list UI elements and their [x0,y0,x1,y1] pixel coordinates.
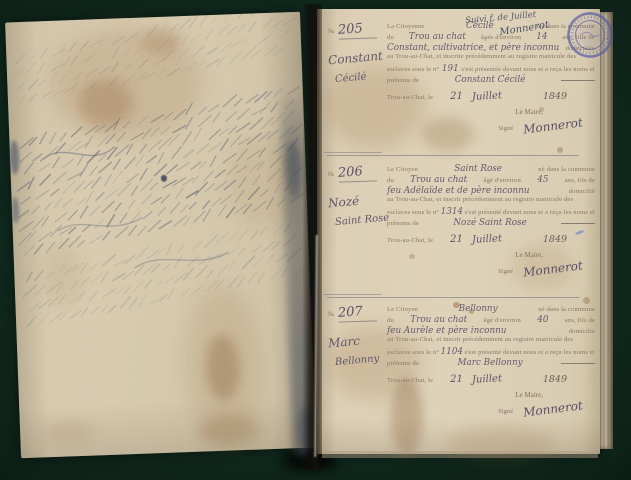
printed-form-text: âgé d'environ [484,177,521,184]
entry-margin: № 205 ConstantCécilé [326,21,384,135]
register-entry: № 206 NozéSaint Rose Le CitoyenSaint Ros… [326,164,595,278]
printed-form-text: Le Citoyen [387,306,418,313]
date-year: 1849 [543,234,567,245]
entry-margin: № 207 MarcBellonny [326,304,384,418]
printed-form-text: Le Citoyen [387,166,418,173]
signature-line: Signé Monnerot [387,117,595,135]
blank-rule [561,362,595,364]
entry-line: esclaves sous le n°1314s'est présenté de… [387,207,595,218]
handwritten-text: feu Adélaïde et de père inconnu [387,186,530,196]
date-year: 1849 [543,91,567,102]
handwritten-text: Trou au chat [409,32,466,42]
signed-label: Signé [498,408,513,415]
entry-line: prénoms deNozé Saint Rose [387,218,595,229]
entry-line: duTrou au chatâgé d'environ40ans, fils d… [387,315,595,326]
blank-verso-page [5,12,316,459]
printed-form-text: prénoms de [387,360,419,367]
date-month: Juillet [472,90,503,103]
date-line: Trou-au-Chat, le 21 Juillet 1849 [387,374,595,387]
signed-label: Signé [498,125,513,132]
register-entry: № 205 ConstantCécilé La CitoyenneCécilén… [326,21,595,135]
mayor-signature: Monnerot [523,115,584,136]
printed-form-text: prénoms de [387,77,419,84]
date-line: Trou-au-Chat, le 21 Juillet 1849 [387,91,595,104]
date-year: 1849 [543,374,567,385]
entry-line: prénoms deConstant Cécilé [387,75,595,86]
entry-line: au Trou-au-Chat, et inscrit précédemment… [387,336,595,347]
printed-form-text: au Trou-au-Chat, et inscrit précédemment… [387,336,573,343]
entry-number-value: 205 [338,21,364,38]
printed-form-text: s'est présenté devant nous et a reçu les… [464,349,595,356]
book-gutter [302,4,322,470]
handwritten-text: 191 [442,64,459,74]
handwritten-text: Constant, cultivatrice, et père inconnu [387,43,559,53]
entry-number: № 207 [326,305,384,320]
marginal-annotation: Suivi f. de Juillet Monnerot [465,10,605,30]
entry-line: prénoms deMarc Bellonny [387,358,595,369]
printed-form-text: du [387,317,394,324]
printed-form-text: du [387,34,394,41]
handwritten-text: Bellonny [459,304,498,314]
margin-name: Bellonny [335,353,385,368]
handwritten-text: 1104 [441,347,463,357]
entry-line: au Trou-au-Chat, et inscrit précédemment… [387,196,595,207]
printed-form-text: esclaves sous le n° [387,209,439,216]
number-underline [339,180,377,182]
number-underline [339,37,377,39]
entry-number: № 205 [326,22,384,37]
margin-name: Constant [327,49,384,68]
entry-number-value: 206 [338,164,364,181]
handwritten-text: feu Aurèle et père inconnu [387,326,506,336]
date-day: 21 [450,374,463,385]
margin-name: Saint Rose [335,213,385,228]
printed-form-text: s'est présenté devant nous et a reçu les… [464,209,595,216]
printed-form-text: ans, fils de [565,177,595,184]
handwritten-text: 40 [537,315,548,325]
printed-form-text: du [387,177,394,184]
page-bottom-edge [322,451,598,458]
place-label: Trou-au-Chat, le [387,237,433,244]
printed-form-text: né dans la commune [538,306,595,313]
entry-margin: № 206 NozéSaint Rose [326,164,384,278]
signature-line: Signé Monnerot [387,260,595,278]
printed-form-text: âgé d'environ [484,317,521,324]
page-shading [5,12,316,459]
printed-form-text: au Trou-au-Chat, et inscrite précédemmen… [387,53,576,60]
entry-body: Le CitoyenSaint Rosené dans la communedu… [384,164,595,278]
entry-body: Le CitoyenBellonnyné dans la communeduTr… [384,304,595,418]
mayor-label: Le Maire, [387,391,595,399]
register-entry: № 207 MarcBellonny Le CitoyenBellonnyné … [326,304,595,418]
signed-label: Signé [498,268,513,275]
date-month: Juillet [472,233,503,246]
date-month: Juillet [472,373,503,386]
blank-rule [561,222,595,224]
register-recto-page: Suivi f. de Juillet Monnerot № 205 Const… [317,9,600,454]
date-line: Trou-au-Chat, le 21 Juillet 1849 [387,234,595,247]
handwritten-text: 1314 [441,207,463,217]
place-label: Trou-au-Chat, le [387,94,433,101]
handwritten-text: Trou au chat [410,175,467,185]
entry-separator [327,155,579,156]
mayor-signature: Monnerot [523,258,584,279]
printed-form-text: esclaves sous le n° [387,349,439,356]
place-label: Trou-au-Chat, le [387,377,433,384]
numero-glyph: № [328,28,334,35]
printed-form-text: né dans la commune [538,166,595,173]
signature-line: Signé Monnerot [387,400,595,418]
entry-line: esclaves sous le n°1104s'est présenté de… [387,347,595,358]
entry-line: esclaves sous le n°191s'est présentée de… [387,64,595,75]
entry-line: feu Aurèle et père inconnudomicilié [387,326,595,337]
date-day: 21 [450,91,463,102]
entry-line: Le CitoyenSaint Rosené dans la commune [387,164,595,175]
numero-glyph: № [328,311,334,318]
numero-glyph: № [328,171,334,178]
handwritten-text: Trou au chat [410,315,467,325]
printed-form-text: domicilié [569,188,595,195]
handwritten-text: Constant Cécilé [455,75,526,85]
handwritten-text: Marc Bellonny [458,358,523,368]
mayor-label: Le Maire, [387,108,595,116]
printed-form-text: domicilié [569,328,595,335]
scanned-register-photo: Suivi f. de Juillet Monnerot № 205 Const… [0,0,631,480]
entry-number-value: 207 [338,304,364,321]
margin-name: Marc [327,332,384,351]
date-day: 21 [450,234,463,245]
handwritten-text: 14 [536,32,547,42]
handwritten-text: Saint Rose [454,164,502,174]
entry-line: feu Adélaïde et de père inconnudomicilié [387,186,595,197]
margin-name: Cécilé [335,70,385,85]
mayor-label: Le Maire, [387,251,595,259]
printed-form-text: s'est présentée devant nous et a reçu le… [461,66,595,73]
handwritten-text: Nozé Saint Rose [453,218,526,228]
printed-form-text: ans, fils de [565,317,595,324]
blank-rule [561,79,595,81]
entry-separator [327,297,579,298]
handwritten-text: 45 [537,175,548,185]
entry-line: duTrou au chatâgé d'environ45ans, fils d… [387,175,595,186]
printed-form-text: esclaves sous le n° [387,66,439,73]
number-underline [339,320,377,322]
printed-form-text: La Citoyenne [387,23,425,30]
printed-form-text: prénoms de [387,220,419,227]
printed-form-text: au Trou-au-Chat, et inscrit précédemment… [387,196,573,203]
margin-name: Nozé [327,192,384,211]
entry-line: Le CitoyenBellonnyné dans la commune [387,304,595,315]
entry-number: № 206 [326,165,384,180]
mayor-signature: Monnerot [523,398,584,419]
